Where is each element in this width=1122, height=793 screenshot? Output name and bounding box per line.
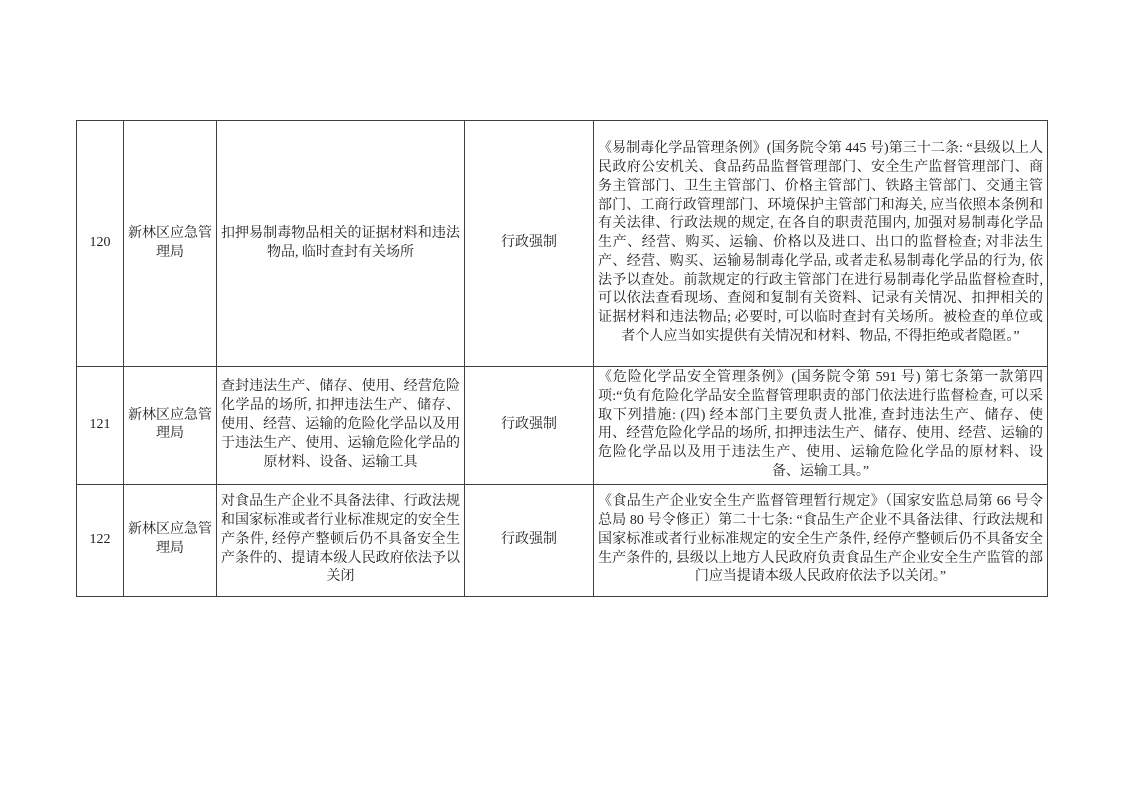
cell-legal-basis: 《危险化学品安全管理条例》(国务院令第 591 号) 第七条第一款第四项:“负有…	[594, 367, 1048, 485]
cell-type: 行政强制	[465, 367, 594, 485]
cell-index: 121	[77, 367, 124, 485]
table-row: 121 新林区应急管理局 查封违法生产、储存、使用、经营危险化学品的场所, 扣押…	[77, 367, 1048, 485]
table-row: 120 新林区应急管理局 扣押易制毒物品相关的证据材料和违法物品, 临时查封有关…	[77, 121, 1048, 367]
cell-item: 对食品生产企业不具备法律、行政法规和国家标准或者行业标准规定的安全生产条件, 经…	[217, 484, 465, 596]
enforcement-table: 120 新林区应急管理局 扣押易制毒物品相关的证据材料和违法物品, 临时查封有关…	[76, 120, 1048, 597]
cell-item: 查封违法生产、储存、使用、经营危险化学品的场所, 扣押违法生产、储存、使用、经营…	[217, 367, 465, 485]
cell-department: 新林区应急管理局	[124, 121, 217, 367]
cell-department: 新林区应急管理局	[124, 484, 217, 596]
cell-index: 120	[77, 121, 124, 367]
cell-legal-basis: 《易制毒化学品管理条例》(国务院令第 445 号)第三十二条: “县级以上人民政…	[594, 121, 1048, 367]
cell-type: 行政强制	[465, 484, 594, 596]
cell-index: 122	[77, 484, 124, 596]
cell-item: 扣押易制毒物品相关的证据材料和违法物品, 临时查封有关场所	[217, 121, 465, 367]
table-row: 122 新林区应急管理局 对食品生产企业不具备法律、行政法规和国家标准或者行业标…	[77, 484, 1048, 596]
cell-legal-basis: 《食品生产企业安全生产监督管理暂行规定》（国家安监总局第 66 号令总局 80 …	[594, 484, 1048, 596]
cell-department: 新林区应急管理局	[124, 367, 217, 485]
document-page: 120 新林区应急管理局 扣押易制毒物品相关的证据材料和违法物品, 临时查封有关…	[0, 0, 1122, 793]
cell-type: 行政强制	[465, 121, 594, 367]
